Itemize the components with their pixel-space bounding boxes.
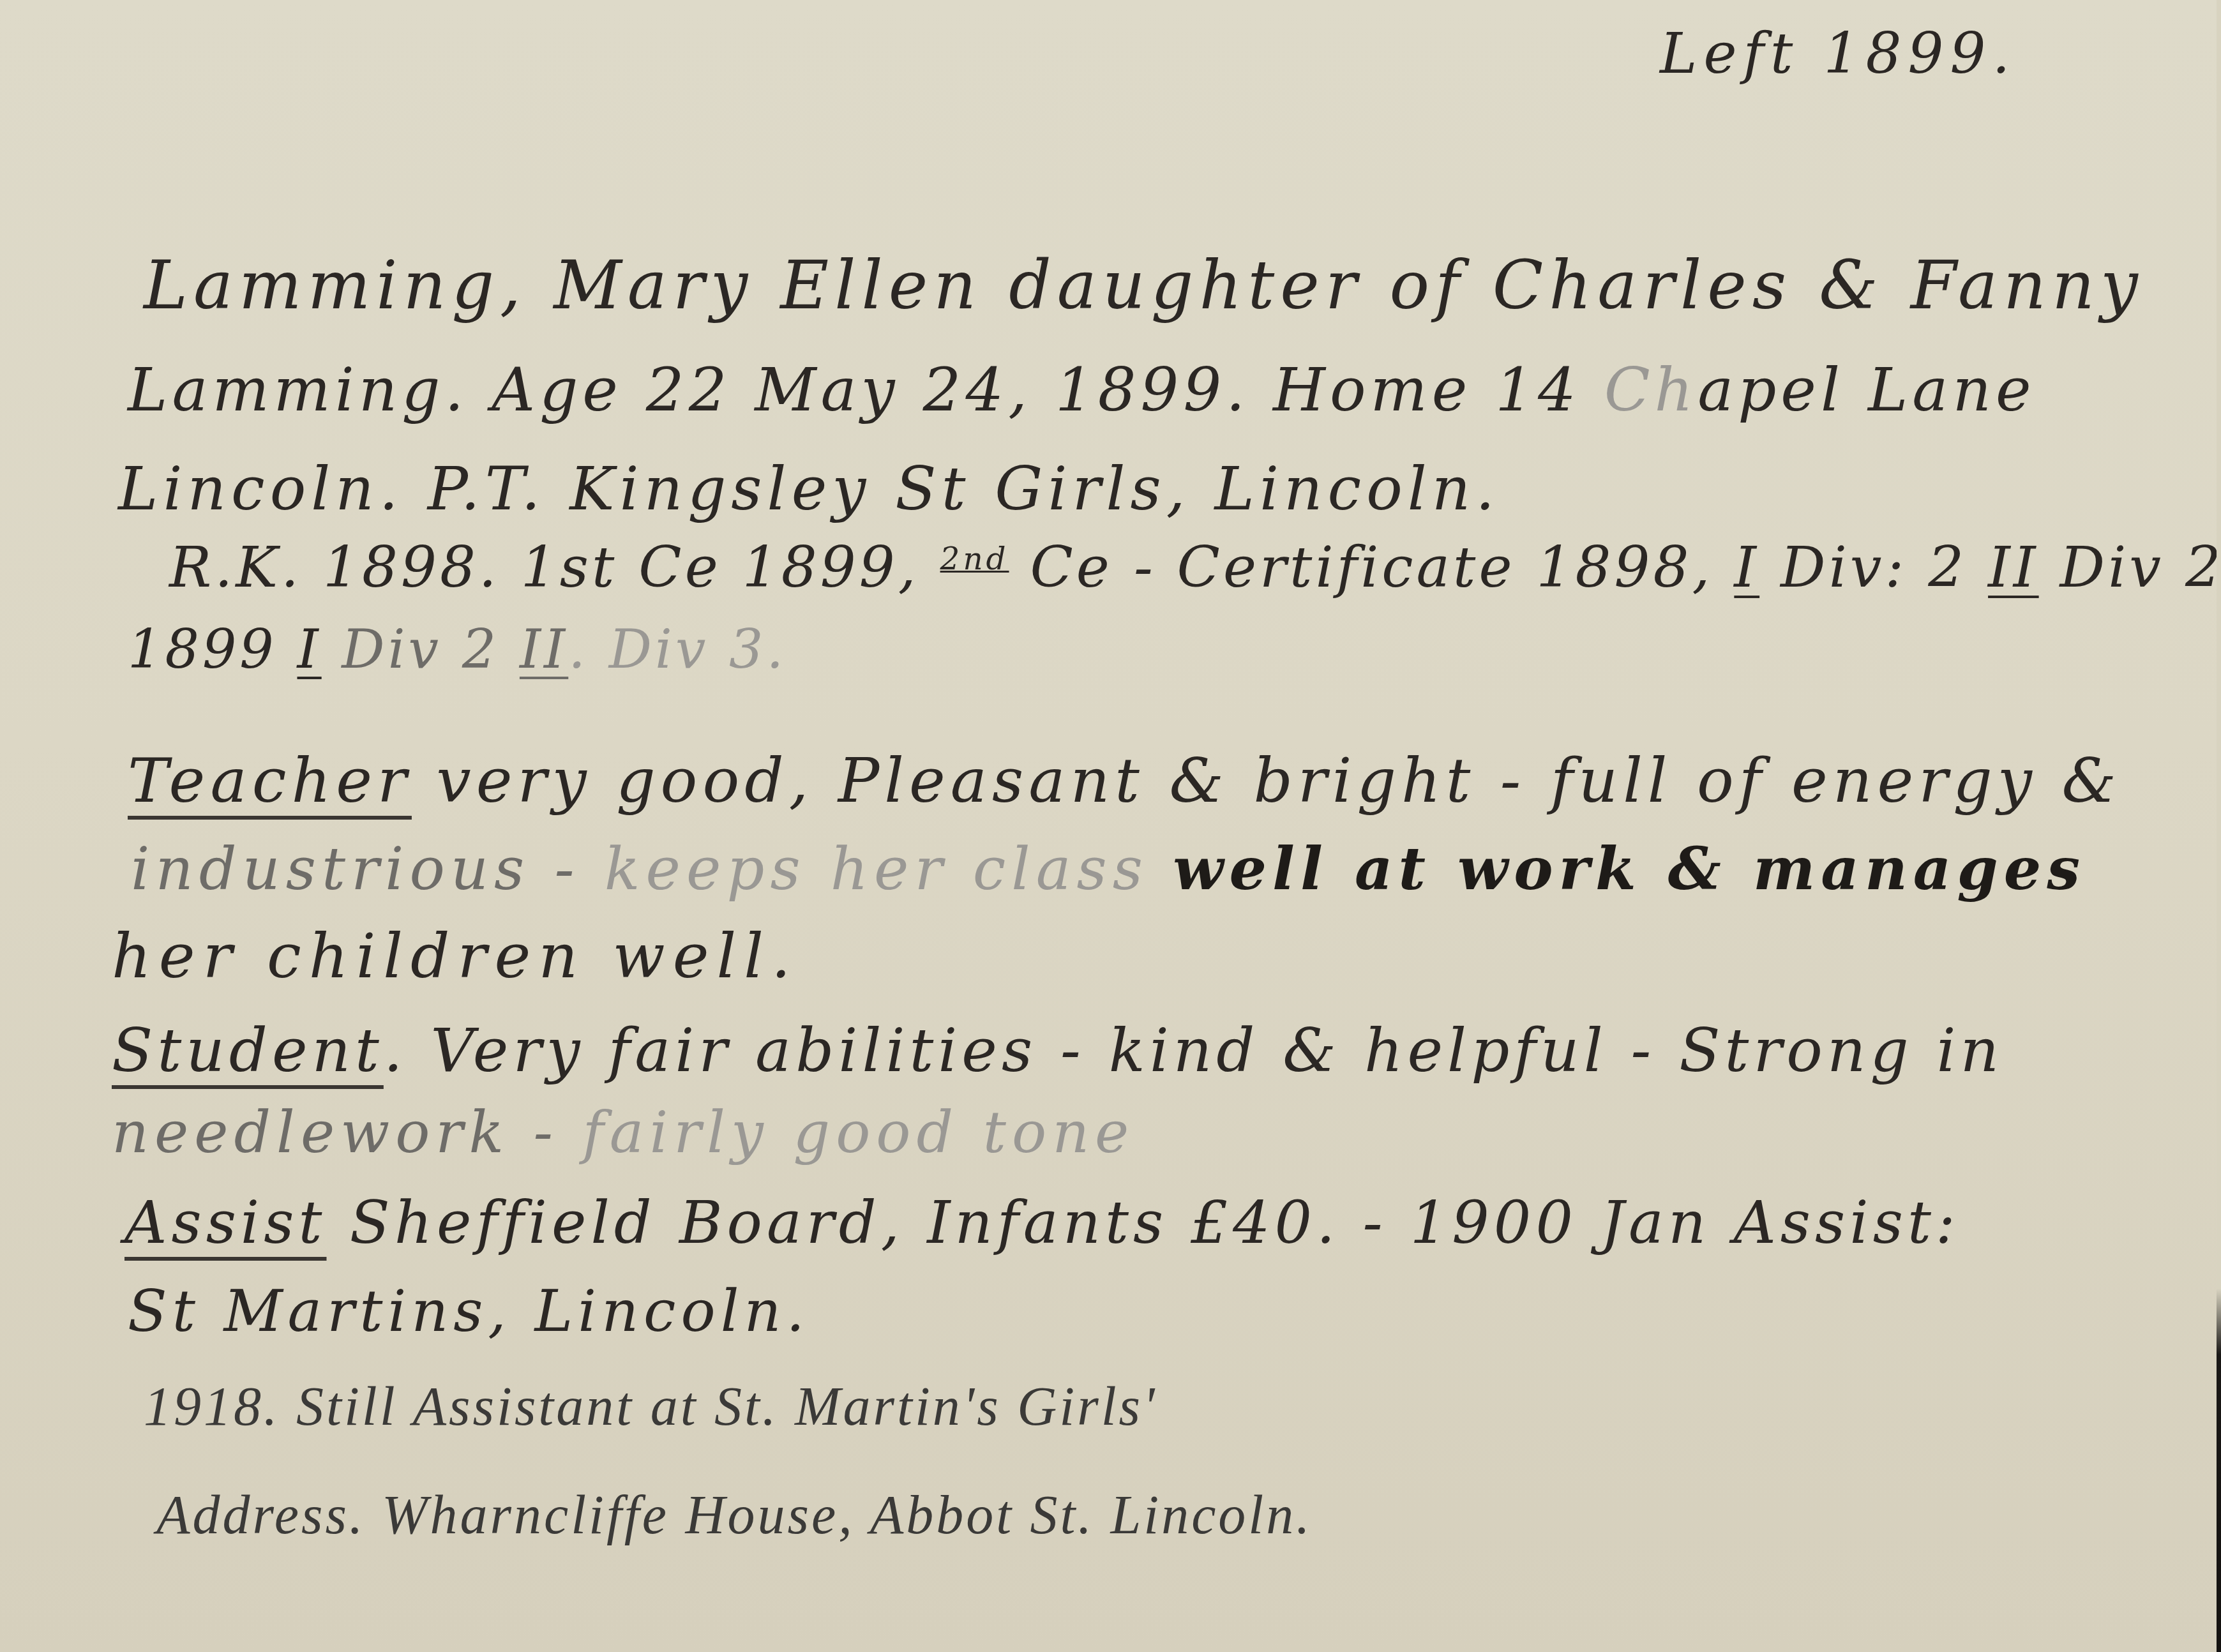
teacher-remark-keeps-class: keeps her class — [605, 835, 1173, 903]
name-and-parents: Lamming, Mary Ellen daughter of Charles … — [144, 246, 2144, 324]
teacher-remark-start: very good, Pleasant & bright - full of e… — [412, 745, 2121, 816]
entry-line-exams: R.K. 1898. 1st Ce 1899, 2nd Ce - Certifi… — [169, 539, 2221, 596]
division-one-1899: I — [297, 618, 321, 680]
teacher-heading: Teacher — [128, 745, 412, 816]
division-one: I — [1734, 534, 1759, 600]
later-address-text: Address. Wharncliffe House, Abbot St. Li… — [156, 1484, 1313, 1545]
entry-line-name: Lamming, Mary Ellen daughter of Charles … — [144, 252, 2144, 319]
teacher-remark-children: her children well. — [112, 920, 798, 992]
home-lane: apel Lane — [1698, 356, 2035, 425]
page-edge-shadow — [2217, 0, 2221, 1652]
division-two-result: Div 2 — [2039, 534, 2221, 600]
exam-2nd-superscript: 2nd — [940, 541, 1009, 577]
year-1899: 1899 — [128, 618, 297, 680]
pupil-teacher-school: Lincoln. P.T. Kingsley St Girls, Lincoln… — [118, 454, 1500, 524]
left-date-header: Left 1899. — [1660, 26, 2016, 82]
assist-heading: Assist — [124, 1189, 326, 1257]
teacher-remark-line-2: industrious - keeps her class well at wo… — [131, 839, 2086, 899]
student-remark-needlework: needlework - — [112, 1099, 583, 1166]
division-two-1899: II — [520, 618, 568, 680]
entry-line-pupil-teacher: Lincoln. P.T. Kingsley St Girls, Lincoln… — [118, 460, 1500, 520]
entry-line-1899-divisions: 1899 I Div 2 II. Div 3. — [128, 622, 787, 676]
exam-rk-1st: R.K. 1898. 1st Ce 1899, — [169, 534, 940, 600]
student-remark-tone: fairly good tone — [583, 1099, 1135, 1166]
exam-certificate: Ce - Certificate 1898, — [1009, 534, 1735, 600]
student-remark-start: . Very fair abilities - kind & helpful -… — [384, 1016, 2003, 1086]
teacher-remark-line-3: her children well. — [112, 926, 798, 987]
left-date: Left 1899. — [1660, 20, 2016, 86]
assist-remark-line-2: St Martins, Lincoln. — [128, 1283, 809, 1340]
age-date-home: Lamming. Age 22 May 24, 1899. Home 14 — [128, 356, 1604, 425]
later-address: Address. Wharncliffe House, Abbot St. Li… — [156, 1487, 1313, 1542]
division-two: II — [1988, 534, 2039, 600]
later-note-1918: 1918. Still Assistant at St. Martin's Gi… — [144, 1379, 1157, 1434]
assist-remark-st-martins: St Martins, Lincoln. — [128, 1278, 809, 1345]
student-heading: Student — [112, 1016, 384, 1086]
division-one-1899-result: Div 2 — [322, 618, 520, 680]
entry-line-age-home: Lamming. Age 22 May 24, 1899. Home 14 Ch… — [128, 361, 2036, 421]
teacher-remark-industrious: industrious - — [131, 835, 605, 903]
division-two-1899-result: . Div 3. — [568, 618, 787, 680]
division-one-result: Div: 2 — [1759, 534, 1988, 600]
teacher-remark-well-at-work: well at work & manages — [1173, 834, 2086, 903]
student-remark-line-1: Student. Very fair abilities - kind & he… — [112, 1021, 2003, 1081]
assist-remark-line-1: Assist Sheffield Board, Infants £40. - 1… — [124, 1194, 1960, 1252]
teacher-remark-line-1: Teacher very good, Pleasant & bright - f… — [128, 750, 2121, 811]
student-remark-line-2: needlework - fairly good tone — [112, 1104, 1134, 1162]
register-page: Left 1899. Lamming, Mary Ellen daughter … — [0, 0, 2217, 1652]
later-note-1918-text: 1918. Still Assistant at St. Martin's Gi… — [144, 1376, 1157, 1437]
home-faded: Ch — [1604, 356, 1698, 425]
assist-remark-sheffield: Sheffield Board, Infants £40. - 1900 Jan… — [326, 1189, 1959, 1257]
